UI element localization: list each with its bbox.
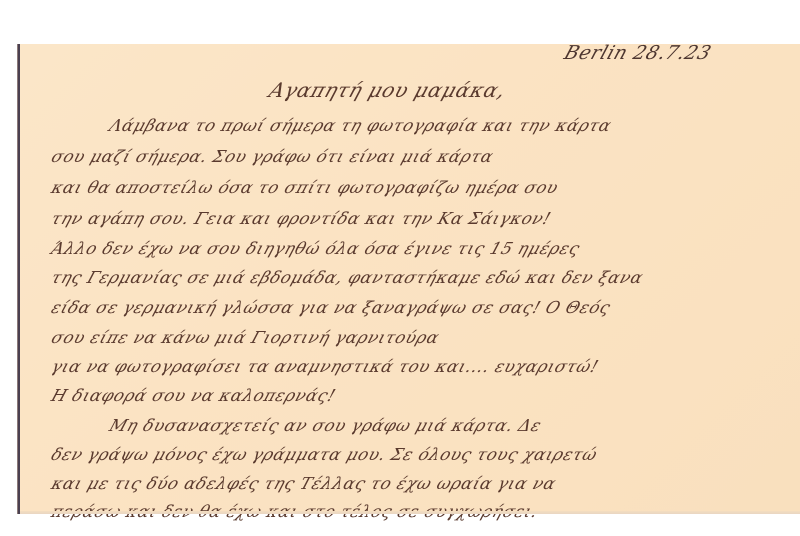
letter-line: και θα αποστείλω όσα το σπίτι φωτογραφίζ… — [49, 178, 561, 197]
letter-line: σου είπε να κάνω μιά Γιορτινή γαρνιτούρα — [49, 328, 442, 347]
letter-line: Μη δυσανασχετείς αν σου γράφω μιά κάρτα.… — [107, 416, 544, 435]
letter-line: της Γερμανίας σε μιά εβδομάδα, φανταστήκ… — [49, 268, 646, 287]
letter-line: για να φωτογραφίσει τα αναμνηστικά του κ… — [49, 357, 601, 376]
place-date: Berlin 28.7.23 — [561, 42, 714, 64]
letter-line: Άλλο δεν έχω να σου διηγηθώ όλα όσα έγιν… — [49, 239, 583, 258]
salutation: Αγαπητή μου μαμάκα, — [266, 78, 509, 102]
letter-line: είδα σε γερμανική γλώσσα για να ξαναγράψ… — [49, 298, 613, 317]
letter-line: Η διαφορά σου να καλοπερνάς! — [49, 386, 338, 405]
letter-line: δεν γράψω μόνος έχω γράμματα μου. Σε όλο… — [49, 445, 600, 464]
letter-line: σου μαζί σήμερα. Σου γράφω ότι είναι μιά… — [49, 147, 496, 166]
letter-line: και με τις δύο αδελφές της Τέλλας το έχω… — [49, 474, 559, 493]
letter-line: την αγάπη σου. Γεια και φροντίδα και την… — [49, 209, 554, 228]
letter-line: Λάμβανα το πρωί σήμερα τη φωτογραφία και… — [107, 116, 614, 135]
letter-line: περάσω και δεν θα έχω και στο τέλος σε σ… — [49, 502, 541, 521]
postcard: Berlin 28.7.23 Αγαπητή μου μαμάκα, Λάμβα… — [18, 44, 800, 514]
